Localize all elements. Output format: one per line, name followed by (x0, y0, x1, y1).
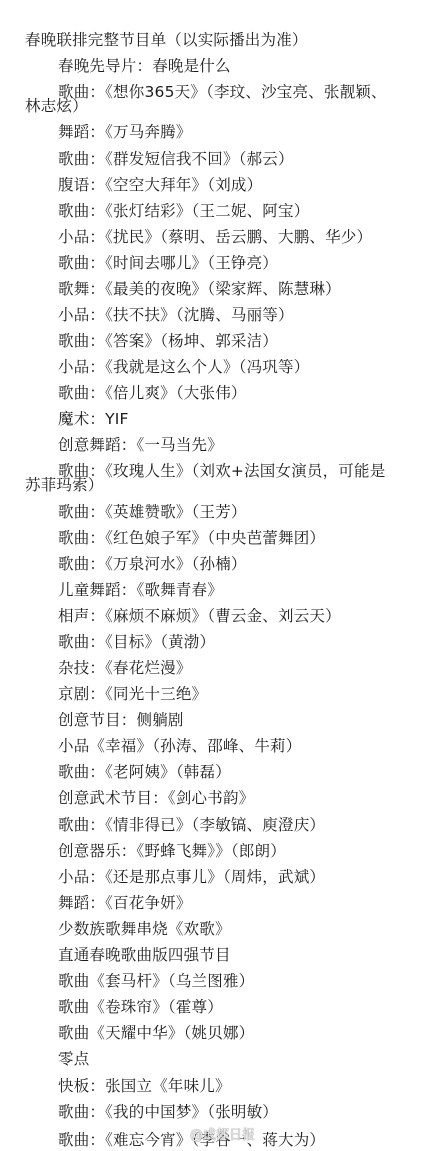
list-item: 歌曲：《目标》（黄渤） (58, 632, 215, 652)
list-item: 歌曲：《红色娘子军》（中央芭蕾舞团） (58, 528, 325, 548)
list-item: 零点 (58, 1049, 89, 1069)
list-item: 创意舞蹈：《一马当先》 (58, 435, 223, 455)
list-item: 舞蹈：《万马奔腾》 (58, 122, 192, 142)
list-item: 歌曲：《群发短信我不回》（郝云） (58, 149, 294, 169)
list-item: 歌曲：《情非得已》（李敏镐、庾澄庆） (58, 815, 325, 835)
list-item: 歌曲《卷珠帘》（霍尊） (58, 997, 223, 1017)
list-item: 歌曲：《我的中国梦》（张明敏） (58, 1102, 278, 1122)
document-title: 春晚联排完整节目单（以实际播出为准） (25, 30, 308, 50)
list-item: 创意器乐：《野蜂飞舞》》（郎朗） (58, 841, 286, 861)
list-item: 歌曲：《万泉河水》（孙楠） (58, 554, 247, 574)
list-item: 春晚先导片：春晚是什么 (58, 56, 231, 76)
list-item: 少数族歌舞串烧《欢歌》 (58, 919, 231, 939)
list-item: 小品：《还是那点事儿》（周炜，武斌） (58, 867, 325, 887)
list-item: 歌曲：《想你365天》（李玟、沙宝亮、张靓颖、 (58, 82, 387, 102)
list-item: 儿童舞蹈：《歌舞青春》 (58, 580, 223, 600)
list-item: 相声：《麻烦不麻烦》（曹云金、刘云天） (58, 606, 341, 626)
list-item: 京剧：《同光十三绝》 (58, 684, 207, 704)
list-item: 腹语：《空空大拜年》（刘成） (58, 175, 262, 195)
list-item: 杂技：《春花烂漫》 (58, 658, 192, 678)
list-item: 小品：《扰民》（蔡明、岳云鹏、大鹏、华少） (58, 227, 372, 247)
list-item: 歌曲：《英雄赞歌》（王芳） (58, 502, 247, 522)
list-item: 歌舞：《最美的夜晚》（梁家辉、陈慧琳） (58, 279, 341, 299)
list-item: 歌曲：《张灯结彩》（王二妮、阿宝） (58, 201, 309, 221)
watermark: @成都日报 (190, 1128, 255, 1144)
list-item: 小品《幸福》（孙涛、邵峰、牛莉） (58, 736, 301, 756)
list-item: 小品：《扶不扶》（沈腾、马丽等） (58, 305, 294, 325)
list-item: 创意节目：侧躺剧 (58, 710, 184, 730)
list-item: 创意武术节目：《剑心书韵》 (58, 788, 254, 808)
program-list-document: 春晚联排完整节目单（以实际播出为准） 春晚先导片：春晚是什么 歌曲：《想你365… (0, 0, 440, 1151)
list-item: 歌曲《套马杆》（乌兰图雅） (58, 971, 254, 991)
list-item: 直通春晚歌曲版四强节目 (58, 945, 231, 965)
list-item-continuation: 林志炫） (25, 96, 88, 116)
list-item: 魔术：YIF (58, 409, 129, 429)
list-item: 舞蹈：《百花争妍》 (58, 893, 192, 913)
list-item: 歌曲：《玫瑰人生》（刘欢+法国女演员，可能是 (58, 461, 385, 481)
list-item: 歌曲：《老阿姨》（韩磊） (58, 762, 231, 782)
list-item-continuation: 苏菲玛索） (25, 475, 104, 495)
list-item: 歌曲：《时间去哪儿》（王铮亮） (58, 253, 278, 273)
list-item: 歌曲：《答案》（杨坤、郭采洁） (58, 331, 278, 351)
list-item: 歌曲：《倍儿爽》（大张伟） (58, 383, 247, 403)
list-item: 快板：张国立《年味儿》 (58, 1076, 231, 1096)
list-item: 小品：《我就是这么个人》（冯巩等） (58, 357, 309, 377)
list-item: 歌曲《天耀中华》（姚贝娜） (58, 1023, 254, 1043)
